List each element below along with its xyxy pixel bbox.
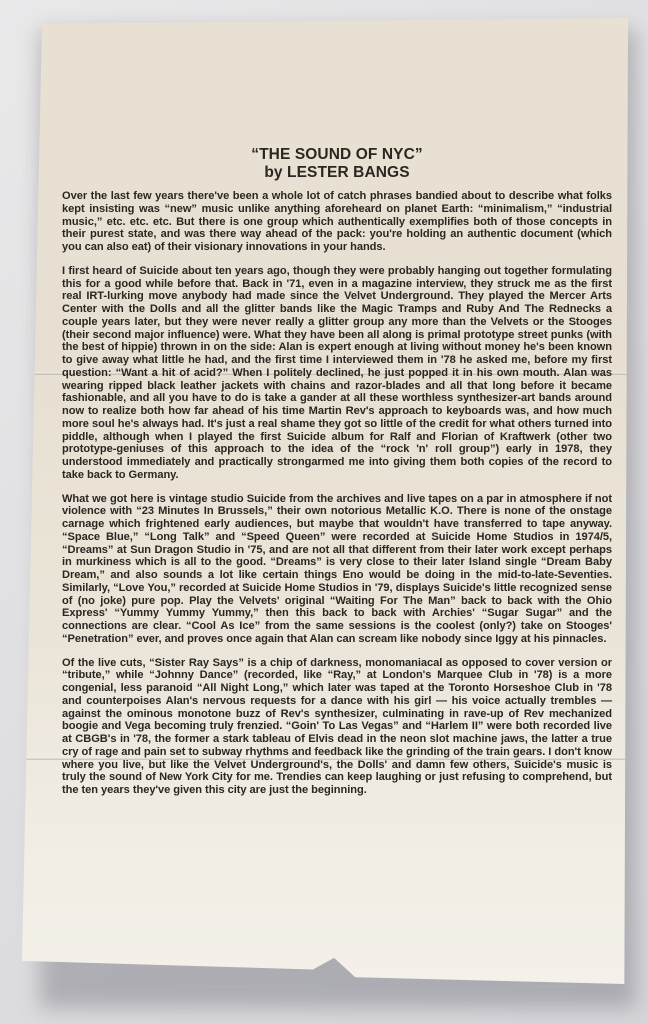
title-line: “THE SOUND OF NYC” bbox=[62, 146, 612, 164]
paragraph-intro: Over the last few years there've been a … bbox=[62, 190, 612, 254]
article: “THE SOUND OF NYC” by LESTER BANGS Over … bbox=[62, 146, 612, 808]
paragraph-live: Of the live cuts, “Sister Ray Says” is a… bbox=[62, 657, 612, 797]
liner-notes-sheet: “THE SOUND OF NYC” by LESTER BANGS Over … bbox=[22, 18, 628, 984]
byline: by LESTER BANGS bbox=[62, 164, 612, 182]
paragraph-history: I first heard of Suicide about ten years… bbox=[62, 265, 612, 482]
paragraph-studio: What we got here is vintage studio Suici… bbox=[62, 493, 612, 646]
article-title: “THE SOUND OF NYC” by LESTER BANGS bbox=[62, 146, 612, 182]
